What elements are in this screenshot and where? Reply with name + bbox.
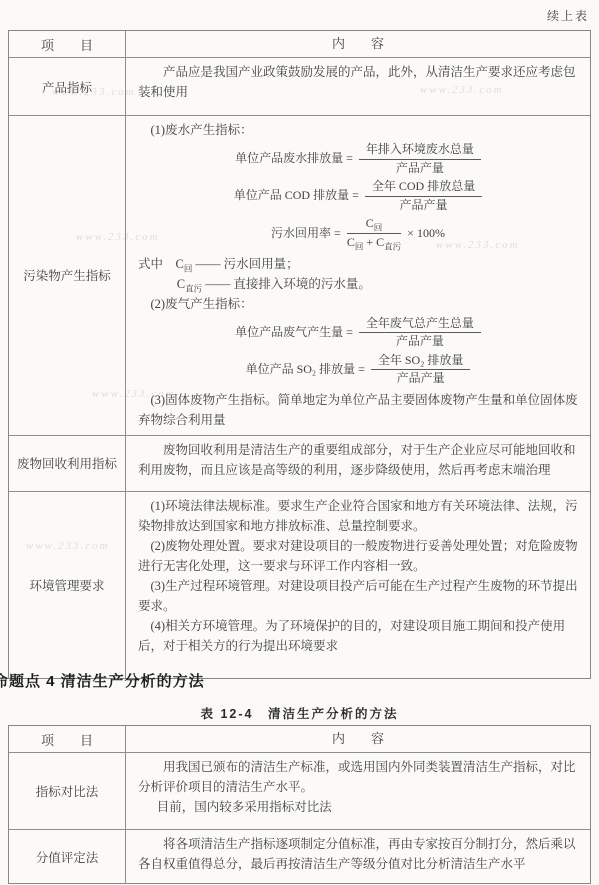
subscript: 直污 [185, 283, 202, 293]
subscript: 回 [355, 241, 364, 251]
row-content: 产品应是我国产业政策鼓励发展的产品，此外，从清洁生产要求还应考虑包装和使用 [126, 58, 590, 115]
formula-wastegas-per-unit: 单位产品废气产生量 = 全年废气总产生总量 产品产量 [138, 316, 578, 350]
paragraph: (2)废气产生指标： [138, 294, 578, 314]
formula-so2-per-unit: 单位产品 SO₂ 排放量 = 全年 SO₂ 排放量 产品产量 [138, 353, 578, 387]
row-label: 环境管理要求 [9, 492, 126, 678]
formula-cod-per-unit: 单位产品 COD 排放量 = 全年 COD 排放总量 产品产量 [138, 179, 578, 213]
paragraph: (2)废物处理处置。要求对建设项目的一般废物进行妥善处理处置；对危险废物进行无害… [138, 536, 578, 576]
formula-sewage-reuse-rate: 污水回用率 = C回 C回 + C直污 × 100% [138, 216, 578, 250]
row-content: 用我国已颁布的清洁生产标准，或选用国内外同类装置清洁生产指标，对比分析评价项目的… [126, 753, 590, 829]
symbol-c: C [376, 235, 384, 249]
symbol-c: C [347, 235, 355, 249]
formula-where-line: C直污 —— 直接排入环境的污水量。 [138, 274, 578, 294]
fraction: 年排入环境废水总量 产品产量 [359, 142, 481, 176]
fraction-numerator: 全年 COD 排放总量 [365, 179, 482, 197]
table-row-waste-recycling-indicator: 废物回收利用指标 废物回收利用是清洁生产的重要组成部分，对于生产企业应尽可能地回… [9, 436, 590, 492]
table-row-pollutant-indicator: 污染物产生指标 (1)废水产生指标： 单位产品废水排放量 = 年排入环境废水总量… [9, 116, 590, 436]
paragraph: (1)废水产生指标： [138, 120, 578, 140]
plus-operator: + [366, 235, 373, 249]
where-label: 式中 [138, 257, 176, 271]
row-label: 产品指标 [9, 58, 126, 115]
subscript: 直污 [384, 241, 401, 251]
subscript: 回 [374, 223, 383, 233]
table-header-item: 项 目 [9, 726, 126, 752]
fraction: C回 C回 + C直污 [347, 216, 401, 250]
fraction: 全年废气总产生总量 产品产量 [359, 316, 481, 350]
where-text: 直接排入环境的污水量。 [233, 277, 371, 291]
row-content: (1)废水产生指标： 单位产品废水排放量 = 年排入环境废水总量 产品产量 单位… [126, 116, 590, 435]
formula-wastewater-per-unit: 单位产品废水排放量 = 年排入环境废水总量 产品产量 [138, 142, 578, 176]
fraction-denominator: 产品产量 [359, 333, 481, 350]
fraction: 全年 SO₂ 排放量 产品产量 [371, 353, 471, 387]
where-text: 污水回用量； [224, 257, 299, 271]
table-row-score-evaluation-method: 分值评定法 将各项清洁生产指标逐项制定分值标准，再由专家按百分制打分，然后乘以各… [9, 830, 590, 883]
formula-lhs: 污水回用率 = [271, 226, 341, 242]
formula-suffix: × 100% [407, 226, 445, 242]
table-header-row: 项 目 内 容 [9, 31, 590, 58]
formula-lhs: 单位产品废水排放量 = [235, 151, 353, 167]
paragraph: 目前，国内较多采用指标对比法 [138, 797, 578, 817]
symbol-c: C [177, 277, 185, 291]
table-header-item: 项 目 [9, 31, 126, 57]
paragraph: (3)固体废物产生指标。简单地定为单位产品主要固体废物产生量和单位固体废弃物综合… [138, 390, 578, 430]
table-caption: 表 12-4 清洁生产分析的方法 [0, 704, 599, 722]
fraction: 全年 COD 排放总量 产品产量 [365, 179, 482, 213]
table-header-content: 内 容 [126, 31, 590, 57]
row-label: 废物回收利用指标 [9, 436, 126, 491]
formula-lhs: 单位产品 COD 排放量 = [234, 188, 359, 204]
paragraph: (4)相关方环境管理。为了环境保护的目的，对建设项目施工期间和投产使用后，对于相… [138, 616, 578, 656]
fraction-numerator: 全年废气总产生总量 [359, 316, 481, 334]
table-row-env-management-requirements: 环境管理要求 (1)环境法律法规标准。要求生产企业符合国家和地方有关环境法律、法… [9, 492, 590, 678]
em-dash: —— [202, 277, 233, 291]
fraction-numerator: 年排入环境废水总量 [359, 142, 481, 160]
symbol-c: C [176, 257, 184, 271]
fraction-denominator: 产品产量 [371, 370, 471, 387]
paragraph: 用我国已颁布的清洁生产标准，或选用国内外同类装置清洁生产指标，对比分析评价项目的… [138, 757, 578, 797]
formula-where-line: 式中 C回 —— 污水回用量； [138, 254, 578, 274]
section-heading: 命题点 4 清洁生产分析的方法 [0, 670, 205, 691]
row-content: 将各项清洁生产指标逐项制定分值标准，再由专家按百分制打分，然后乘以各自权重值得总… [126, 830, 590, 883]
table-header-content: 内 容 [126, 726, 590, 752]
table-row-product-indicator: 产品指标 产品应是我国产业政策鼓励发展的产品，此外，从清洁生产要求还应考虑包装和… [9, 58, 590, 116]
symbol-c: C [366, 216, 374, 230]
row-label: 指标对比法 [9, 753, 126, 829]
row-label: 分值评定法 [9, 830, 126, 883]
fraction-numerator: C回 [347, 216, 401, 234]
fraction-denominator: 产品产量 [359, 160, 481, 177]
paragraph: (3)生产过程环境管理。对建设项目投产后可能在生产过程产生废物的环节提出要求。 [138, 576, 578, 616]
paragraph: (1)环境法律法规标准。要求生产企业符合国家和地方有关环境法律、法规，污染物排放… [138, 496, 578, 536]
paragraph: 将各项清洁生产指标逐项制定分值标准，再由专家按百分制打分，然后乘以各自权重值得总… [138, 834, 578, 874]
fraction-numerator: 全年 SO₂ 排放量 [371, 353, 471, 371]
fraction-denominator: 产品产量 [365, 197, 482, 214]
em-dash: —— [192, 257, 223, 271]
paragraph: 产品应是我国产业政策鼓励发展的产品，此外，从清洁生产要求还应考虑包装和使用 [138, 62, 578, 102]
fraction-denominator: C回 + C直污 [347, 234, 401, 251]
clean-production-indicators-table: 项 目 内 容 产品指标 产品应是我国产业政策鼓励发展的产品，此外，从清洁生产要… [8, 30, 591, 679]
paragraph: 废物回收利用是清洁生产的重要组成部分，对于生产企业应尽可能地回收和利用废物，而且… [138, 440, 578, 480]
continued-table-note: 续上表 [547, 7, 589, 24]
table-header-row: 项 目 内 容 [9, 726, 590, 753]
formula-lhs: 单位产品 SO₂ 排放量 = [246, 362, 365, 378]
formula-lhs: 单位产品废气产生量 = [235, 325, 353, 341]
row-label: 污染物产生指标 [9, 116, 126, 435]
analysis-methods-table: 项 目 内 容 指标对比法 用我国已颁布的清洁生产标准，或选用国内外同类装置清洁… [8, 725, 591, 884]
row-content: 废物回收利用是清洁生产的重要组成部分，对于生产企业应尽可能地回收和利用废物，而且… [126, 436, 590, 491]
table-row-indicator-comparison-method: 指标对比法 用我国已颁布的清洁生产标准，或选用国内外同类装置清洁生产指标，对比分… [9, 753, 590, 830]
row-content: (1)环境法律法规标准。要求生产企业符合国家和地方有关环境法律、法规，污染物排放… [126, 492, 590, 678]
